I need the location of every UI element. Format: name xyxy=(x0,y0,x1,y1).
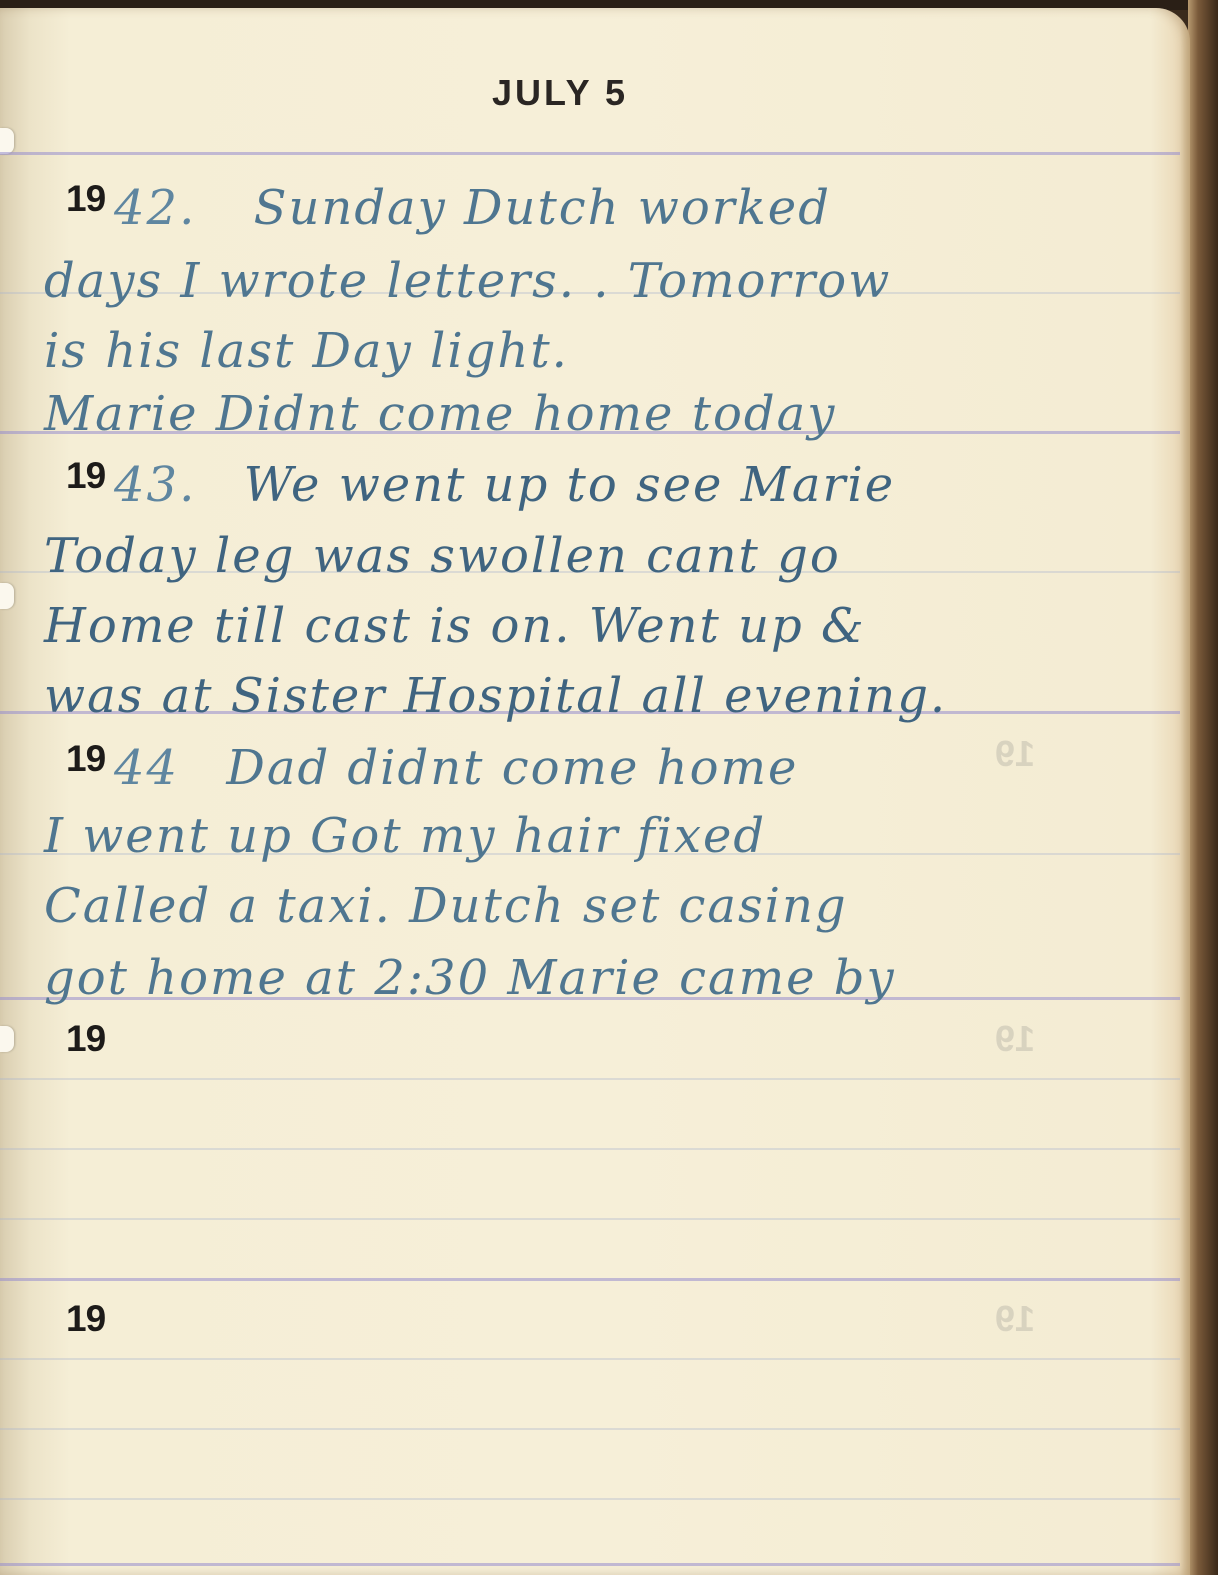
handwritten-line: Called a taxi. Dutch set casing xyxy=(44,878,1184,934)
handwritten-line: got home at 2:30 Marie came by xyxy=(44,950,1184,1006)
printed-year-label: 19 xyxy=(66,1298,105,1340)
handwritten-text: We went up to see Marie xyxy=(244,457,896,513)
page-notch xyxy=(0,1026,14,1052)
section-divider xyxy=(0,152,1180,155)
ruled-line xyxy=(0,1078,1180,1080)
ruled-line xyxy=(0,1428,1180,1430)
ruled-line xyxy=(0,1218,1180,1220)
printed-year-label: 19 xyxy=(66,455,105,497)
section-divider xyxy=(0,1563,1180,1566)
printed-year-label: 19 xyxy=(66,1018,105,1060)
handwritten-line: is his last Day light. xyxy=(44,323,1184,379)
handwritten-line: Today leg was swollen cant go xyxy=(44,528,1184,584)
section-divider xyxy=(0,1278,1180,1281)
printed-year-label: 19 xyxy=(66,178,105,220)
ruled-line xyxy=(0,1358,1180,1360)
bleed-through-year: 19 xyxy=(995,1018,1035,1060)
handwritten-line: was at Sister Hospital all evening. xyxy=(44,668,1184,724)
page-notch xyxy=(0,128,14,154)
handwritten-line: Marie Didnt come home today xyxy=(44,386,1184,442)
diary-page: JULY 5 19 19 19 19 42. Sunday Dutch work… xyxy=(0,8,1190,1575)
handwritten-text: Dad didnt come home xyxy=(226,740,798,796)
handwritten-year-suffix: 43. xyxy=(114,457,196,513)
page-notch xyxy=(0,583,14,609)
handwritten-text: Sunday Dutch worked xyxy=(254,180,831,236)
page-date-header: JULY 5 xyxy=(0,72,1120,114)
handwritten-year-suffix: 42. xyxy=(114,180,196,236)
handwritten-line: 44 Dad didnt come home xyxy=(114,740,1218,796)
handwritten-line: 42. Sunday Dutch worked xyxy=(114,180,1218,236)
bleed-through-year: 19 xyxy=(995,1298,1035,1340)
handwritten-line: Home till cast is on. Went up & xyxy=(44,598,1184,654)
ruled-line xyxy=(0,1148,1180,1150)
handwritten-line: days I wrote letters. . Tomorrow xyxy=(44,253,1184,309)
ruled-line xyxy=(0,1498,1180,1500)
printed-year-label: 19 xyxy=(66,738,105,780)
handwritten-line: I went up Got my hair fixed xyxy=(44,808,1184,864)
handwritten-year-suffix: 44 xyxy=(114,740,179,796)
handwritten-line: 43. We went up to see Marie xyxy=(114,457,1218,513)
